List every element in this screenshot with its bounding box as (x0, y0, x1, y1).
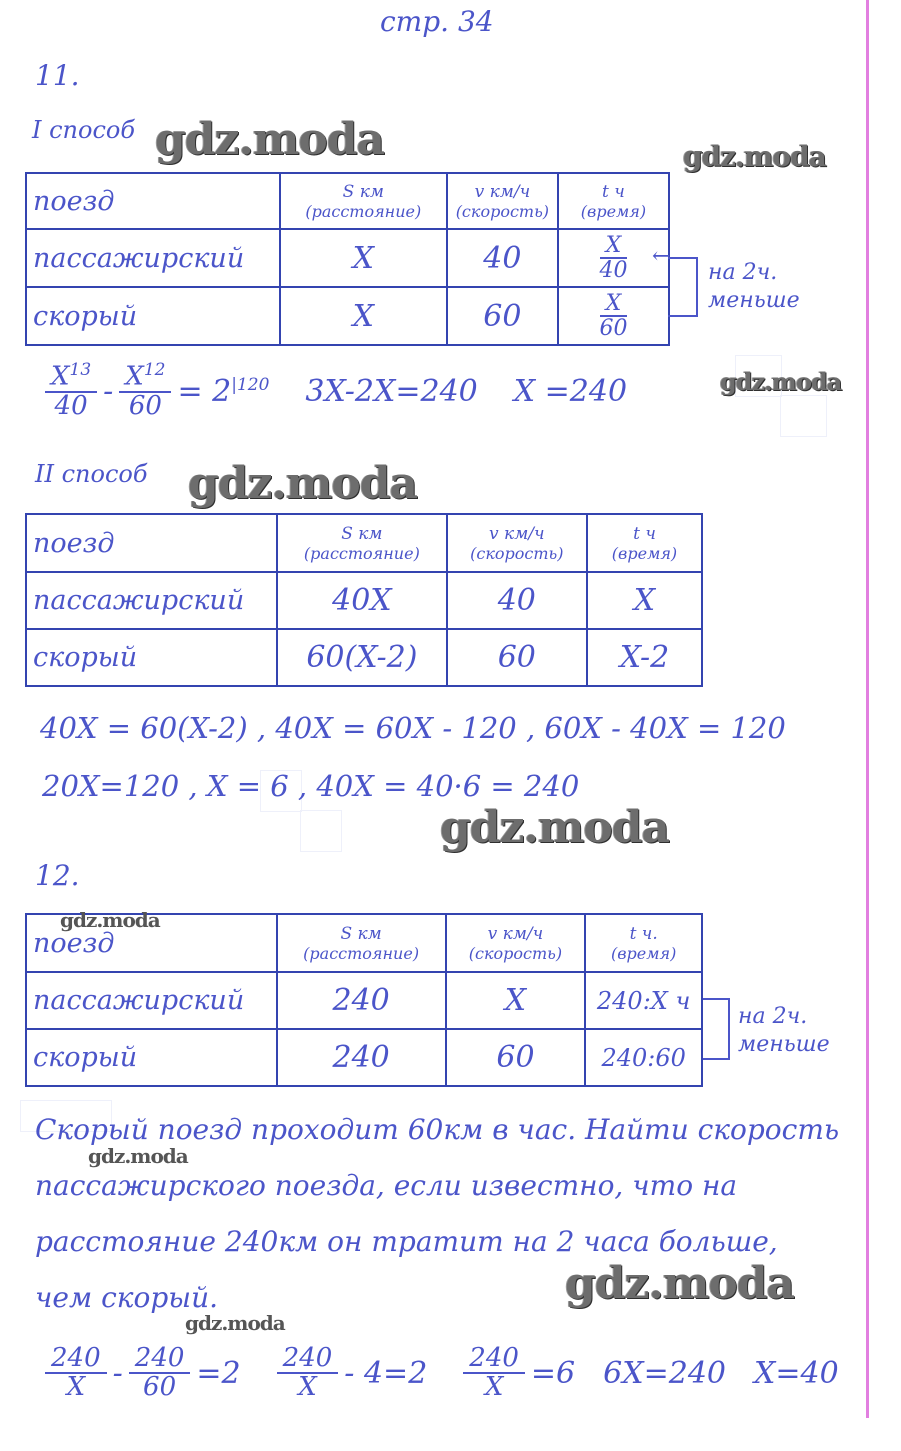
table-cell: скорый (26, 629, 277, 686)
header-speed: v км/ч(скорость) (447, 173, 558, 229)
table-cell: 60 (446, 1029, 586, 1086)
task-12-table: поезд S км(расстояние) v км/ч(скорость) … (25, 913, 703, 1087)
watermark: gdz.moda (188, 462, 417, 506)
method-2-label: II способ (35, 462, 147, 486)
table-cell: 240:60 (585, 1029, 702, 1086)
method-2-solution-line-2: 20X=120 , X = 6 , 40X = 40·6 = 240 (42, 772, 579, 801)
method-1-equation: X1340 - X1260 = 2|120 3X-2X=240 X =240 (45, 362, 627, 420)
note: на 2ч. (708, 262, 777, 284)
table-cell: S км(расстояние) (277, 514, 447, 572)
note: меньше (708, 290, 800, 312)
problem-text-line: пассажирского поезда, если известно, что… (35, 1172, 737, 1200)
table-cell: 60(X-2) (277, 629, 447, 686)
table-cell: v км/ч(скорость) (447, 514, 587, 572)
problem-text-line: расстояние 240км он тратит на 2 часа бол… (35, 1228, 778, 1256)
watermark: gdz.moda (155, 118, 384, 162)
table-cell: X60 (558, 287, 669, 345)
method-2-table: поезд S км(расстояние) v км/ч(скорость) … (25, 513, 703, 687)
table-cell: пассажирский (26, 572, 277, 629)
watermark: gdz.moda (440, 806, 669, 850)
header-time: t ч(время) (558, 173, 669, 229)
table-cell: 40 (447, 572, 587, 629)
bracket (668, 257, 698, 317)
table-cell: 60 (447, 287, 558, 345)
table-row: пассажирский X 40 X40 (26, 229, 669, 287)
grid-ghost (300, 810, 342, 852)
table-cell: 40X (277, 572, 447, 629)
watermark: gdz.moda (720, 370, 841, 394)
grid-ghost (780, 395, 827, 437)
method-1-table: поезд S км(расстояние) v км/ч(скорость) … (25, 172, 670, 346)
notebook-margin-line (866, 0, 869, 1418)
table-cell: пассажирский (26, 972, 277, 1029)
table-cell: X (280, 287, 447, 345)
table-cell: X (587, 572, 702, 629)
page-header: стр. 34 (380, 8, 494, 36)
table-row: пассажирский 240 X 240:X ч (26, 972, 702, 1029)
task-12-number: 12. (35, 862, 80, 890)
method-1-label: I способ (32, 118, 135, 142)
table-cell: t ч(время) (587, 514, 702, 572)
table-cell: 240:X ч (585, 972, 702, 1029)
table-cell: скорый (26, 287, 280, 345)
table-cell: t ч.(время) (585, 914, 702, 972)
table-row: пассажирский 40X 40 X (26, 572, 702, 629)
table-cell: 240 (277, 972, 446, 1029)
table-row: скорый 60(X-2) 60 X-2 (26, 629, 702, 686)
table-header-row: поезд S км(расстояние) v км/ч(скорость) … (26, 514, 702, 572)
table-row: скорый 240 60 240:60 (26, 1029, 702, 1086)
table-cell: v км/ч(скорость) (446, 914, 586, 972)
table-header-row: поезд S км(расстояние) v км/ч(скорость) … (26, 173, 669, 229)
header-train: поезд (26, 173, 280, 229)
table-cell: 240 (277, 1029, 446, 1086)
watermark: gdz.moda (185, 1313, 285, 1333)
table-cell: X (446, 972, 586, 1029)
table-cell: скорый (26, 1029, 277, 1086)
watermark: gdz.moda (565, 1262, 794, 1306)
problem-text-line: чем скорый. (35, 1284, 218, 1312)
table-row: скорый X 60 X60 (26, 287, 669, 345)
method-2-solution-line-1: 40X = 60(X-2) , 40X = 60X - 120 , 60X - … (40, 714, 786, 743)
task-11-number: 11. (35, 62, 80, 90)
bracket (703, 998, 730, 1060)
table-cell: X (280, 229, 447, 287)
table-cell: 60 (447, 629, 587, 686)
problem-text-line: Скорый поезд проходит 60км в час. Найти … (35, 1116, 839, 1144)
table-cell: S км(расстояние) (277, 914, 446, 972)
table-cell: X-2 (587, 629, 702, 686)
table-cell: 40 (447, 229, 558, 287)
note: меньше (738, 1034, 830, 1056)
note: на 2ч. (738, 1006, 807, 1028)
watermark: gdz.moda (60, 910, 160, 930)
watermark: gdz.moda (88, 1146, 188, 1166)
table-cell: пассажирский (26, 229, 280, 287)
task-12-equation: 240X - 24060 =2 240X - 4=2 240X =6 6X=24… (45, 1345, 839, 1402)
table-cell: поезд (26, 514, 277, 572)
header-distance: S км(расстояние) (280, 173, 447, 229)
watermark: gdz.moda (683, 143, 826, 171)
